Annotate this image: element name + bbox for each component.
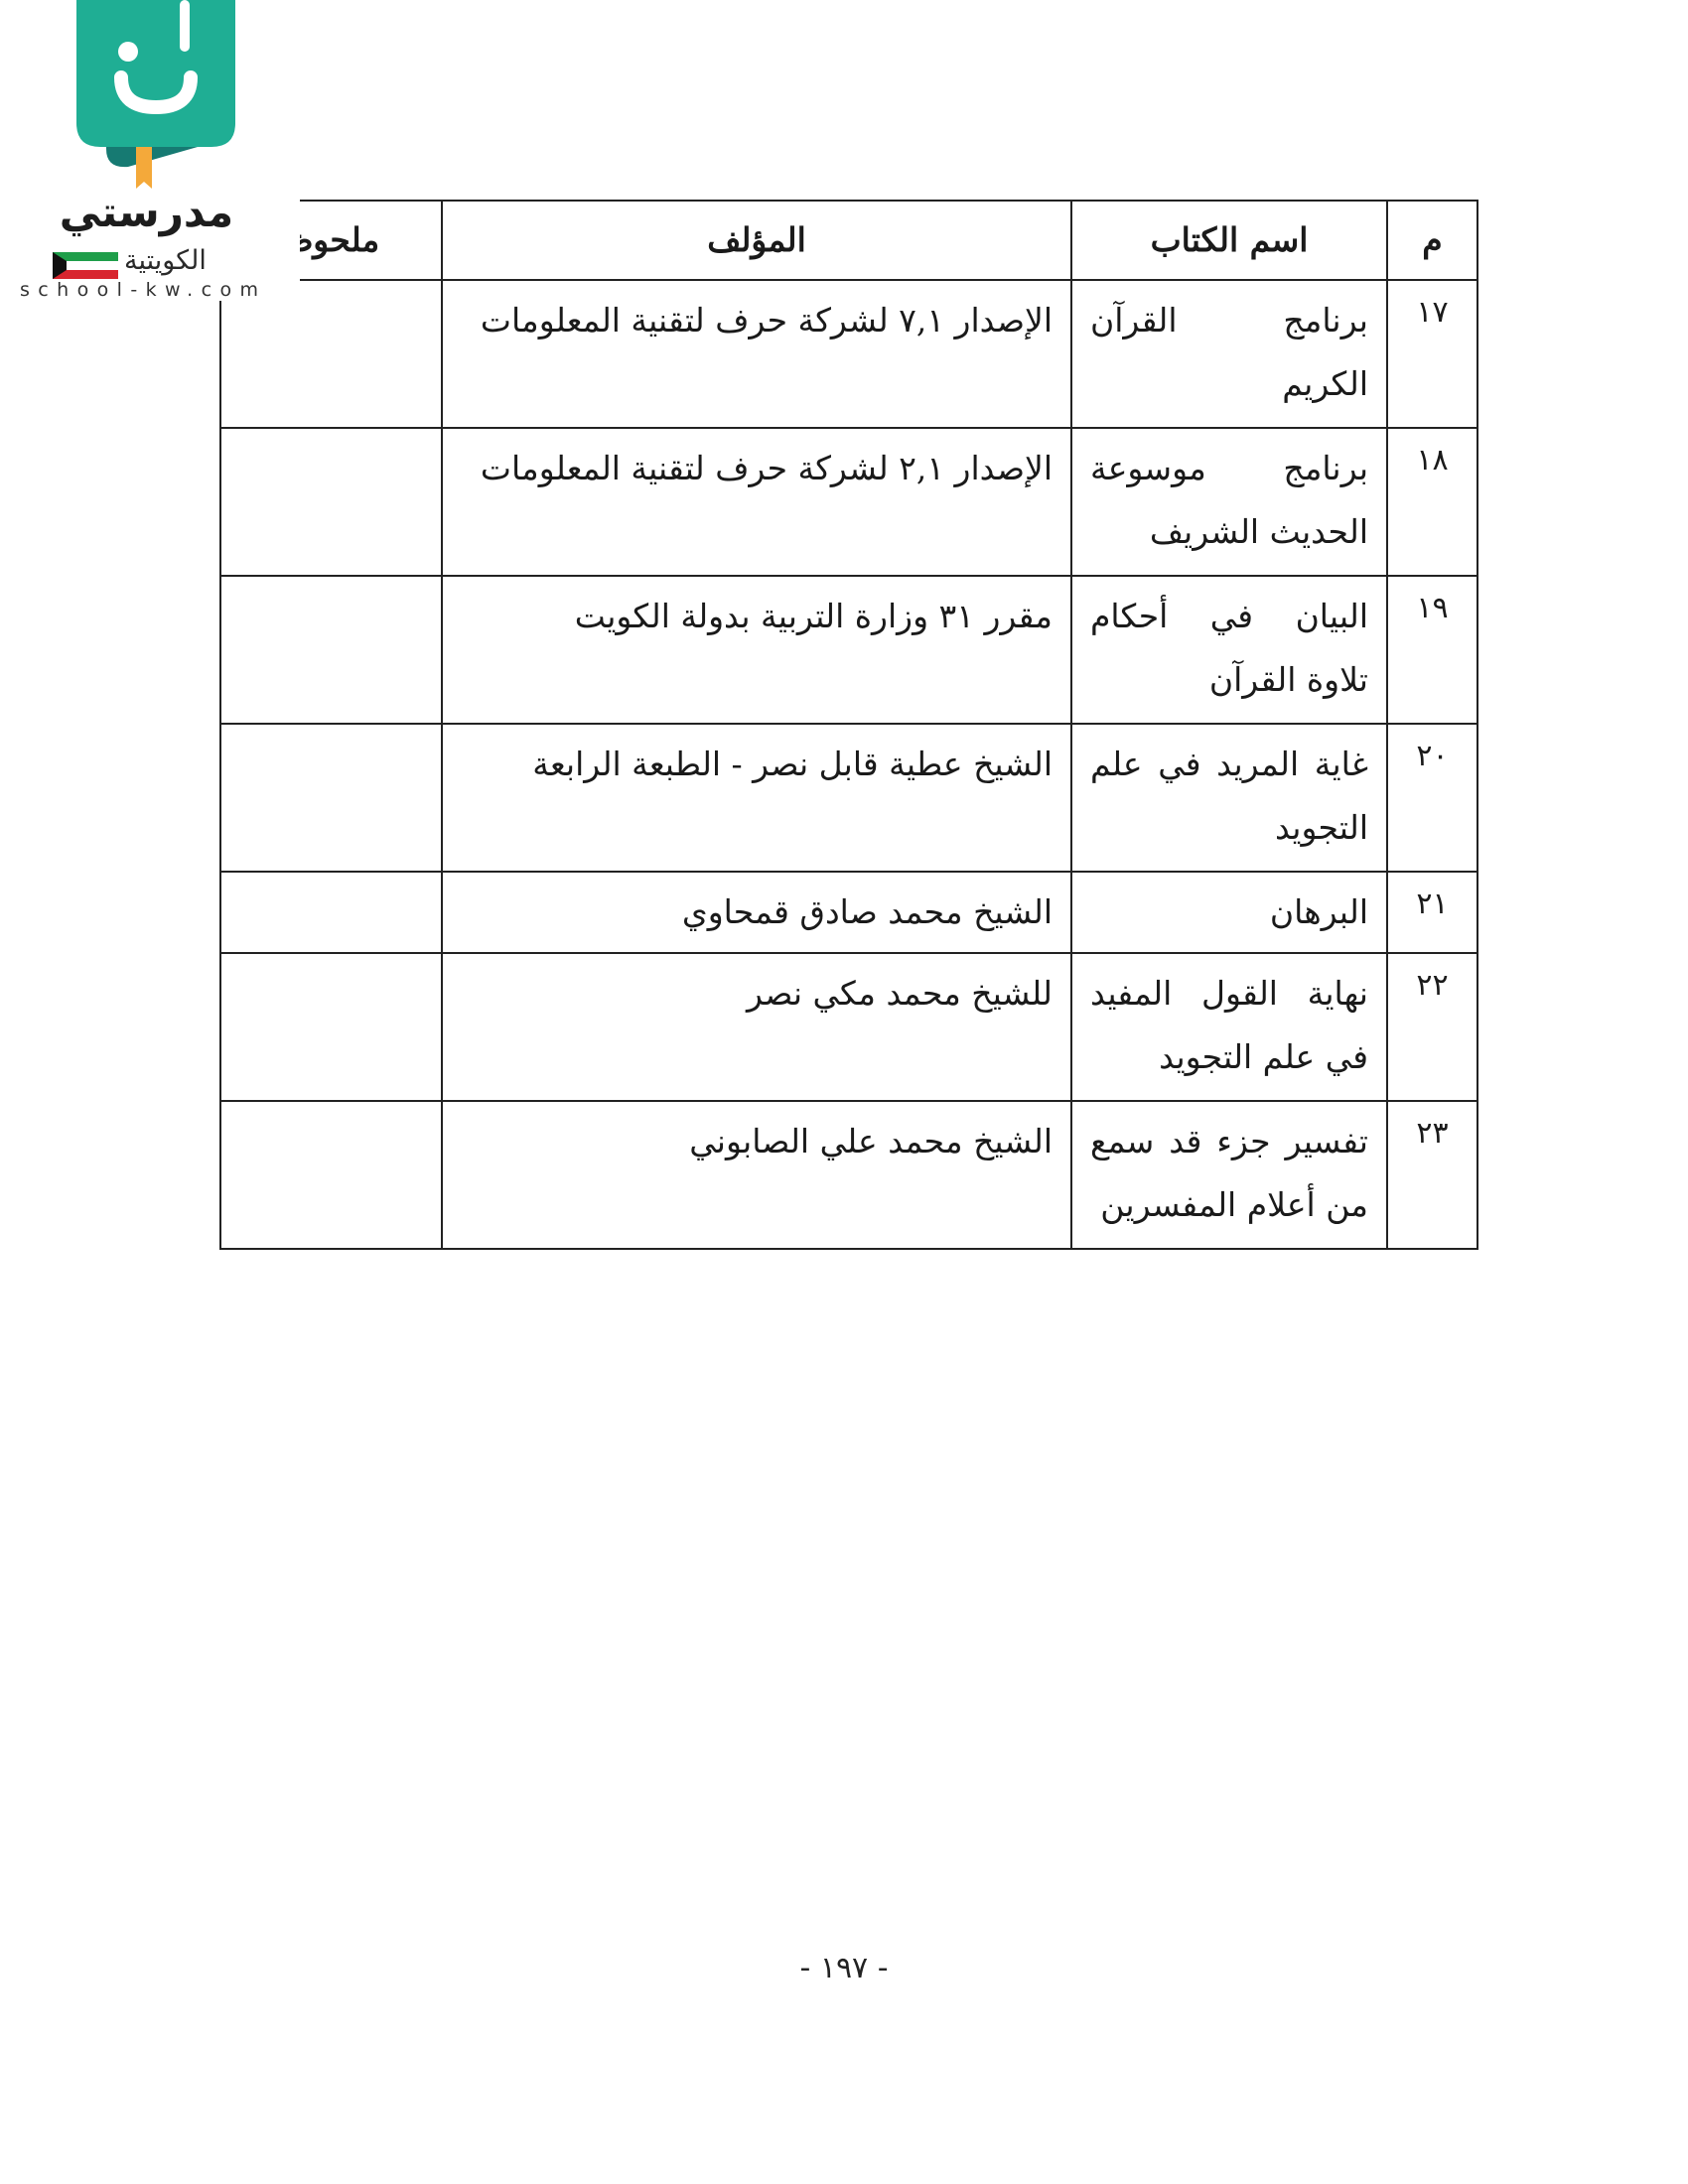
notes-text bbox=[221, 954, 441, 962]
book-cell: نهاية القول المفيد في علم التجويد bbox=[1071, 953, 1387, 1101]
table-row: ٢٢ نهاية القول المفيد في علم التجويد للش… bbox=[220, 953, 1477, 1101]
book-title: غاية المريد في علم التجويد bbox=[1072, 725, 1386, 860]
book-cell: تفسير جزء قد سمع من أعلام المفسرين bbox=[1071, 1101, 1387, 1249]
book-title: برنامج القرآن الكريم bbox=[1072, 281, 1386, 416]
notes-cell bbox=[220, 428, 442, 576]
notes-cell bbox=[220, 1101, 442, 1249]
site-logo: مدرستي الكويتية school-kw.com bbox=[0, 0, 300, 301]
author-cell: الشيخ محمد صادق قمحاوي bbox=[442, 872, 1071, 953]
book-title: برنامج موسوعة الحديث الشريف bbox=[1072, 429, 1386, 564]
author-name: الإصدار ٧,١ لشركة حرف لتقنية المعلومات bbox=[443, 281, 1070, 352]
book-cell: البرهان bbox=[1071, 872, 1387, 953]
author-name: للشيخ محمد مكي نصر bbox=[443, 954, 1070, 1025]
author-cell: مقرر ٣١ وزارة التربية بدولة الكويت bbox=[442, 576, 1071, 724]
page-number: - ١٩٧ - bbox=[695, 1944, 993, 1993]
book-cell: البيان في أحكام تلاوة القرآن bbox=[1071, 576, 1387, 724]
table-row: ٢١ البرهان الشيخ محمد صادق قمحاوي bbox=[220, 872, 1477, 953]
author-cell: الإصدار ٧,١ لشركة حرف لتقنية المعلومات bbox=[442, 280, 1071, 428]
table-header-row: م اسم الكتاب المؤلف ملحوظ bbox=[220, 201, 1477, 280]
author-cell: للشيخ محمد مكي نصر bbox=[442, 953, 1071, 1101]
row-num: ١٧ bbox=[1387, 280, 1477, 428]
author-name: الشيخ عطية قابل نصر - الطبعة الرابعة bbox=[443, 725, 1070, 796]
author-name: مقرر ٣١ وزارة التربية بدولة الكويت bbox=[443, 577, 1070, 648]
notes-text bbox=[221, 577, 441, 585]
book-cell: برنامج موسوعة الحديث الشريف bbox=[1071, 428, 1387, 576]
row-num: ٢٢ bbox=[1387, 953, 1477, 1101]
table-row: ١٧ برنامج القرآن الكريم الإصدار ٧,١ لشرك… bbox=[220, 280, 1477, 428]
madrasati-logo-icon bbox=[76, 0, 235, 194]
book-title: البيان في أحكام تلاوة القرآن bbox=[1072, 577, 1386, 712]
notes-text bbox=[221, 725, 441, 733]
book-cell: غاية المريد في علم التجويد bbox=[1071, 724, 1387, 872]
author-name: الشيخ محمد علي الصابوني bbox=[443, 1102, 1070, 1173]
author-cell: الشيخ عطية قابل نصر - الطبعة الرابعة bbox=[442, 724, 1071, 872]
author-name: الإصدار ٢,١ لشركة حرف لتقنية المعلومات bbox=[443, 429, 1070, 500]
notes-cell bbox=[220, 724, 442, 872]
notes-text bbox=[221, 1102, 441, 1110]
header-author: المؤلف bbox=[442, 201, 1071, 280]
books-table: م اسم الكتاب المؤلف ملحوظ ١٧ برنامج القر… bbox=[219, 200, 1478, 1250]
author-cell: الشيخ محمد علي الصابوني bbox=[442, 1101, 1071, 1249]
book-title: نهاية القول المفيد في علم التجويد bbox=[1072, 954, 1386, 1089]
table-row: ١٨ برنامج موسوعة الحديث الشريف الإصدار ٢… bbox=[220, 428, 1477, 576]
author-cell: الإصدار ٢,١ لشركة حرف لتقنية المعلومات bbox=[442, 428, 1071, 576]
row-num: ٢٠ bbox=[1387, 724, 1477, 872]
notes-text bbox=[221, 429, 441, 437]
book-title: البرهان bbox=[1072, 873, 1386, 944]
notes-cell bbox=[220, 280, 442, 428]
header-num: م bbox=[1387, 201, 1477, 280]
notes-cell bbox=[220, 953, 442, 1101]
book-cell: برنامج القرآن الكريم bbox=[1071, 280, 1387, 428]
header-book: اسم الكتاب bbox=[1071, 201, 1387, 280]
row-num: ٢٣ bbox=[1387, 1101, 1477, 1249]
books-table-container: م اسم الكتاب المؤلف ملحوظ ١٧ برنامج القر… bbox=[219, 200, 1477, 1250]
table-row: ٢٣ تفسير جزء قد سمع من أعلام المفسرين ال… bbox=[220, 1101, 1477, 1249]
author-name: الشيخ محمد صادق قمحاوي bbox=[443, 873, 1070, 944]
notes-cell bbox=[220, 872, 442, 953]
logo-url: school-kw.com bbox=[20, 279, 300, 301]
table-row: ١٩ البيان في أحكام تلاوة القرآن مقرر ٣١ … bbox=[220, 576, 1477, 724]
table-row: ٢٠ غاية المريد في علم التجويد الشيخ عطية… bbox=[220, 724, 1477, 872]
row-num: ١٩ bbox=[1387, 576, 1477, 724]
logo-subtitle: الكويتية bbox=[124, 244, 207, 278]
row-num: ١٨ bbox=[1387, 428, 1477, 576]
logo-name: مدرستي bbox=[55, 185, 238, 240]
notes-text bbox=[221, 873, 441, 881]
notes-cell bbox=[220, 576, 442, 724]
book-title: تفسير جزء قد سمع من أعلام المفسرين bbox=[1072, 1102, 1386, 1237]
row-num: ٢١ bbox=[1387, 872, 1477, 953]
kuwait-flag-icon bbox=[53, 252, 118, 279]
